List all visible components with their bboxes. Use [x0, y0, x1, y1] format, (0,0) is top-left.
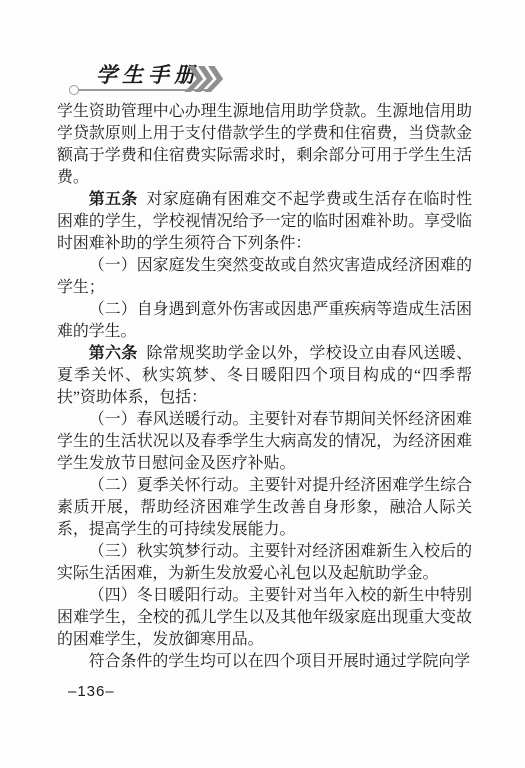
- triple-chevron-right-icon: [184, 65, 226, 93]
- paragraph: （三）秋实筑梦行动。主要针对经济困难新生入校后的实际生活困难，为新生发放爱心礼包…: [57, 541, 472, 585]
- paragraph: 符合条件的学生均可以在四个项目开展时通过学院向学: [57, 651, 472, 673]
- article-label: 第五条: [89, 191, 138, 208]
- paragraph: （二）夏季关怀行动。主要针对提升经济困难学生综合素质开展，帮助经济困难学生改善自…: [57, 475, 472, 541]
- handbook-scanned-page: 学生手册 学生资助管理中心办理生源地信用助学贷款。生源地信用助学贷款原则上用于支…: [0, 0, 525, 768]
- paragraph: 第五条对家庭确有困难交不起学费或生活存在临时性困难的学生，学校视情况给予一定的临…: [57, 189, 472, 255]
- paragraph: （四）冬日暖阳行动。主要针对当年入校的新生中特别困难学生，全校的孤儿学生以及其他…: [57, 585, 472, 651]
- paragraph: （一）因家庭发生突然变故或自然灾害造成经济困难的学生；: [57, 255, 472, 299]
- paragraph: 第六条除常规奖助学金以外，学校设立由春风送暖、夏季关怀、秋实筑梦、冬日暖阳四个项…: [57, 343, 472, 409]
- document-body: 学生资助管理中心办理生源地信用助学贷款。生源地信用助学贷款原则上用于支付借款学生…: [57, 101, 472, 673]
- paragraph: 学生资助管理中心办理生源地信用助学贷款。生源地信用助学贷款原则上用于支付借款学生…: [57, 101, 472, 189]
- paragraph: （二）自身遇到意外伤害或因患严重疾病等造成生活困难的学生。: [57, 299, 472, 343]
- page-header: 学生手册: [69, 58, 239, 94]
- article-label: 第六条: [89, 345, 138, 362]
- page-footer: –136–: [68, 683, 115, 701]
- page-number: –136–: [68, 683, 115, 700]
- paragraph: （一）春风送暖行动。主要针对春节期间关怀经济困难学生的生活状况以及春季学生大病高…: [57, 409, 472, 475]
- ring-icon: [69, 85, 79, 95]
